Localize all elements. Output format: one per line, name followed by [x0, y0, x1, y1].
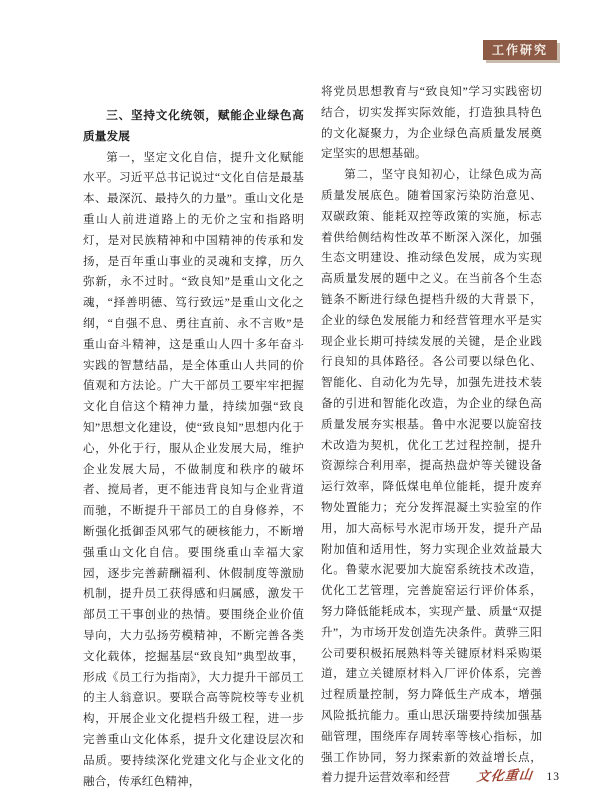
section-badge: 工作研究 — [483, 40, 557, 60]
paragraph-second: 第二，坚守良知初心，让绿色成为高质量发展底色。随着国家污染防治意见、双碳政策、能… — [321, 165, 542, 789]
journal-logo: 文化重山 — [476, 764, 534, 785]
document-page: 工作研究 三、坚持文化统领，赋能企业绿色高质量发展 第一，坚定文化自信，提升文化… — [0, 0, 595, 808]
paragraph-first-continued: 将党员思想教育与“致良知”学习实践密切结合，切实发挥实际效能，打造独具特色的文化… — [321, 82, 542, 165]
section-heading: 三、坚持文化统领，赋能企业绿色高质量发展 — [83, 106, 304, 148]
page-footer: 文化重山 13 — [0, 765, 560, 785]
right-column: 将党员思想教育与“致良知”学习实践密切结合，切实发挥实际效能，打造独具特色的文化… — [321, 82, 542, 789]
page-number: 13 — [547, 771, 561, 783]
left-column: 三、坚持文化统领，赋能企业绿色高质量发展 第一，坚定文化自信，提升文化赋能水平。… — [83, 106, 304, 792]
paragraph-first: 第一，坚定文化自信，提升文化赋能水平。习近平总书记说过“文化自信是最基本、最深沉… — [83, 148, 304, 793]
